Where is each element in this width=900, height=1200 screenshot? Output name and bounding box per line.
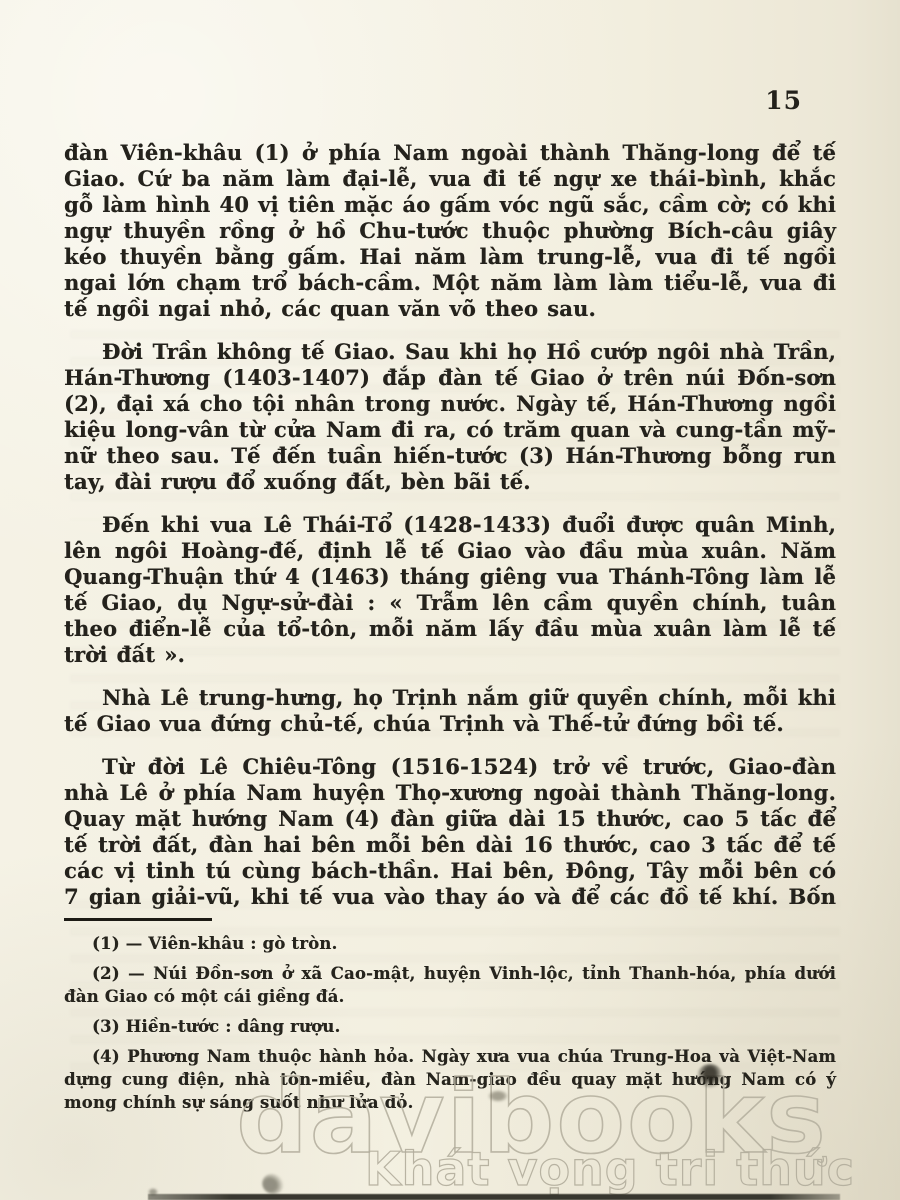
body-text-block: đàn Viên-khâu (1) ở phía Nam ngoài thành… [64, 140, 836, 927]
footnote-2: (2) — Núi Đồn-sơn ở xã Cao-mật, huyện Vi… [64, 962, 836, 1008]
paragraph-5: Từ đời Lê Chiêu-Tông (1516-1524) trở về … [64, 754, 836, 910]
ink-smudge [488, 1090, 508, 1102]
footnote-3: (3) Hiền-tước : dâng rượu. [64, 1015, 836, 1038]
footnote-1: (1) — Viên-khâu : gò tròn. [64, 932, 836, 955]
paragraph-2: Đời Trần không tế Giao. Sau khi họ Hồ cư… [64, 339, 836, 495]
scan-edge-strip [148, 1194, 840, 1200]
page-number: 15 [765, 86, 802, 115]
footnote-separator-rule [64, 918, 212, 921]
paragraph-4: Nhà Lê trung-hưng, họ Trịnh nắm giữ quyề… [64, 685, 836, 737]
ink-smudge [697, 1064, 723, 1088]
watermark-tagline-text: Khát vọng tri thức [365, 1146, 855, 1192]
paragraph-1: đàn Viên-khâu (1) ở phía Nam ngoài thành… [64, 140, 836, 322]
paragraph-3: Đến khi vua Lê Thái-Tổ (1428-1433) đuổi … [64, 512, 836, 668]
